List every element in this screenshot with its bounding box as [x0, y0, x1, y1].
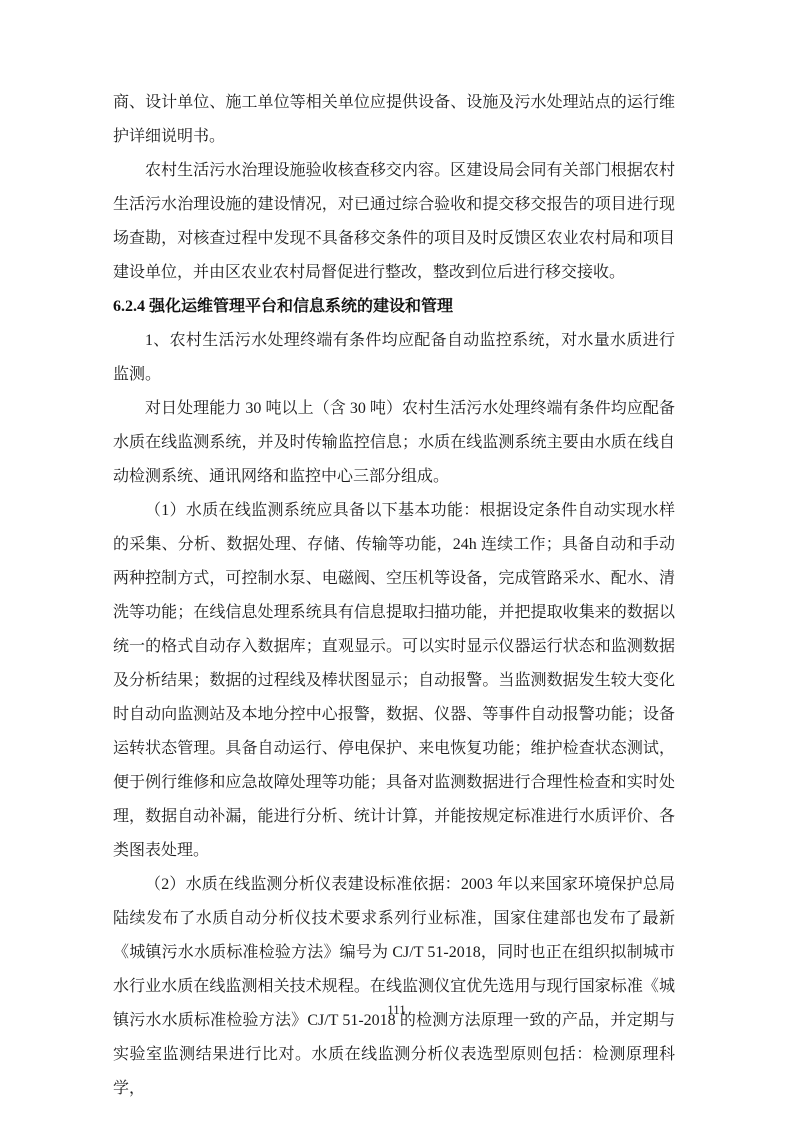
page-body-text: 商、设计单位、施工单位等相关单位应提供设备、设施及污水处理站点的运行维护详细说明…: [113, 86, 675, 1106]
paragraph: 1、农村生活污水处理终端有条件均应配备自动监控系统，对水量水质进行监测。: [113, 324, 675, 392]
paragraph: （1）水质在线监测系统应具备以下基本功能：根据设定条件自动实现水样的采集、分析、…: [113, 494, 675, 868]
paragraph: 农村生活污水治理设施验收核查移交内容。区建设局会同有关部门根据农村生活污水治理设…: [113, 154, 675, 290]
paragraph-continuation: 商、设计单位、施工单位等相关单位应提供设备、设施及污水处理站点的运行维护详细说明…: [113, 86, 675, 154]
document-page: 商、设计单位、施工单位等相关单位应提供设备、设施及污水处理站点的运行维护详细说明…: [0, 0, 793, 1122]
paragraph: 对日处理能力 30 吨以上（含 30 吨）农村生活污水处理终端有条件均应配备水质…: [113, 392, 675, 494]
paragraph: （2）水质在线监测分析仪表建设标准依据：2003 年以来国家环境保护总局陆续发布…: [113, 868, 675, 1106]
page-number: 111: [0, 1001, 793, 1019]
section-heading: 6.2.4 强化运维管理平台和信息系统的建设和管理: [113, 290, 675, 324]
